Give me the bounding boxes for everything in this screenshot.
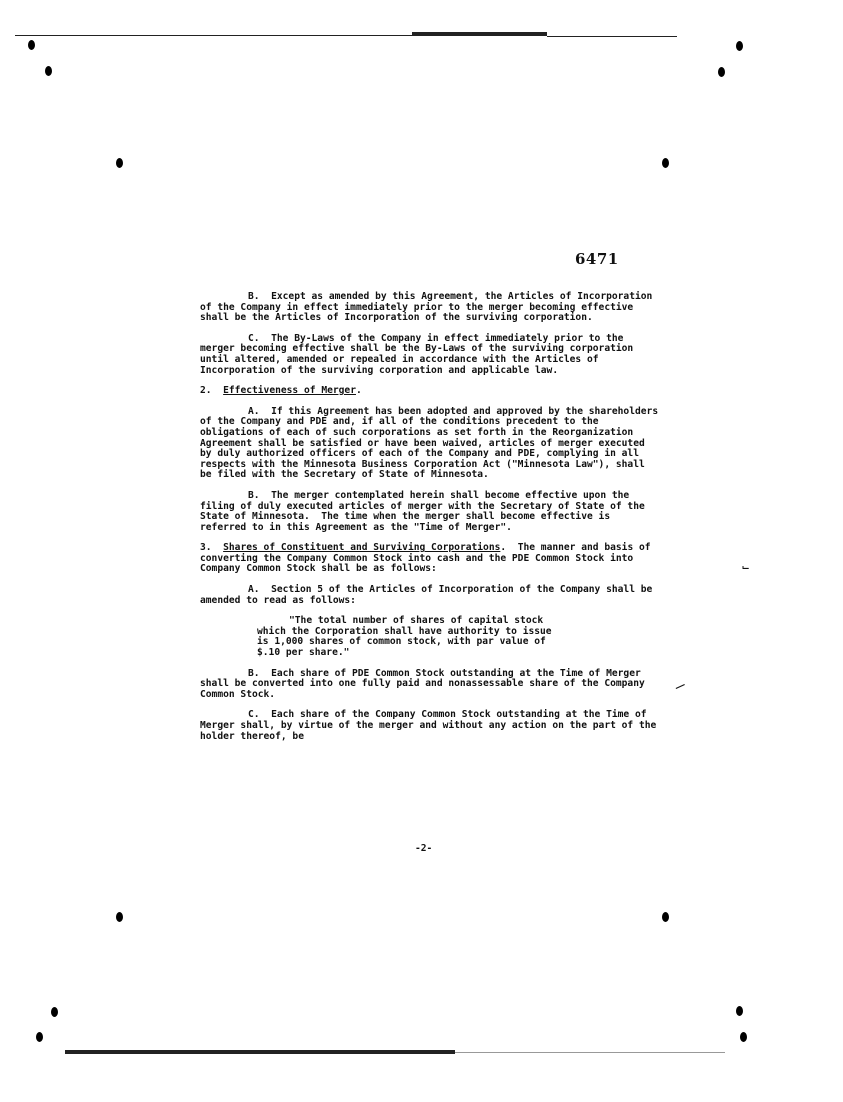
punch-hole-mark bbox=[736, 1006, 743, 1016]
punch-hole-mark bbox=[51, 1007, 58, 1017]
punch-hole-mark bbox=[116, 158, 123, 168]
paragraph-3c: C. Each share of the Company Common Stoc… bbox=[200, 710, 660, 742]
section-number: 3. bbox=[200, 542, 212, 553]
scan-edge-top-thick bbox=[412, 32, 547, 36]
section-3-heading: 3. Shares of Constituent and Surviving C… bbox=[200, 543, 660, 575]
paragraph-2b: B. The merger contemplated herein shall … bbox=[200, 491, 660, 533]
bates-stamp-number: 6471 bbox=[575, 250, 619, 268]
margin-tick-mark: ⌙ bbox=[742, 560, 749, 574]
quoted-article-text: "The total number of shares of capital s… bbox=[257, 616, 567, 658]
scan-edge-bottom-thin bbox=[455, 1052, 725, 1053]
punch-hole-mark bbox=[116, 912, 123, 922]
document-body: B. Except as amended by this Agreement, … bbox=[200, 292, 660, 752]
punch-hole-mark bbox=[28, 40, 35, 50]
margin-check-mark: ― bbox=[671, 675, 688, 696]
paragraph-2a: A. If this Agreement has been adopted an… bbox=[200, 407, 660, 481]
punch-hole-mark bbox=[45, 66, 52, 76]
punch-hole-mark bbox=[662, 912, 669, 922]
scan-edge-top bbox=[15, 35, 465, 36]
section-title-suffix: . bbox=[356, 385, 362, 396]
scan-edge-bottom bbox=[65, 1050, 455, 1054]
punch-hole-mark bbox=[740, 1032, 747, 1042]
section-title: Shares of Constituent and Surviving Corp… bbox=[223, 542, 500, 553]
section-2-heading: 2. Effectiveness of Merger. bbox=[200, 386, 660, 397]
scan-edge-top-right bbox=[547, 36, 677, 37]
paragraph-3b: B. Each share of PDE Common Stock outsta… bbox=[200, 669, 660, 701]
paragraph-1b: B. Except as amended by this Agreement, … bbox=[200, 292, 660, 324]
paragraph-1c: C. The By-Laws of the Company in effect … bbox=[200, 334, 660, 376]
section-number: 2. bbox=[200, 385, 212, 396]
section-title: Effectiveness of Merger bbox=[223, 385, 356, 396]
punch-hole-mark bbox=[662, 158, 669, 168]
punch-hole-mark bbox=[718, 67, 725, 77]
page-number: -2- bbox=[415, 843, 432, 854]
paragraph-3a: A. Section 5 of the Articles of Incorpor… bbox=[200, 585, 660, 606]
punch-hole-mark bbox=[736, 41, 743, 51]
punch-hole-mark bbox=[36, 1032, 43, 1042]
